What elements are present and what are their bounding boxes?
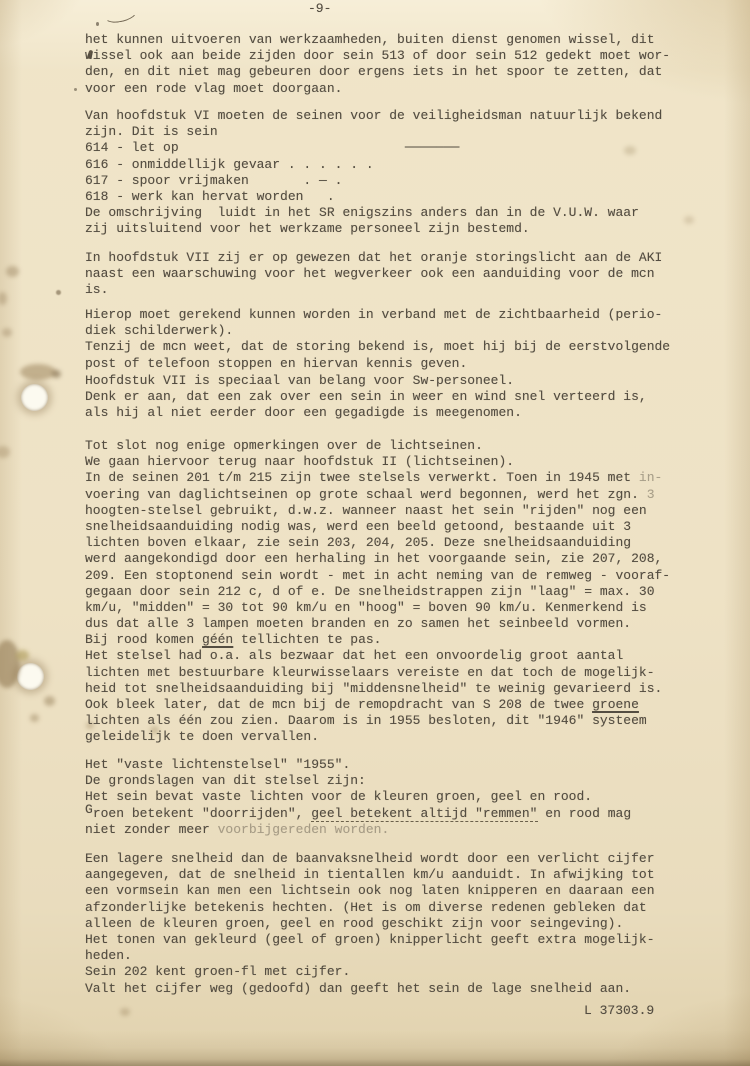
text-line: naast een waarschuwing voor het wegverke… [85,266,662,282]
paragraph-8: Een lagere snelheid dan de baanvaksnelhe… [85,851,655,997]
text-line: Bij rood komen géén tellichten te pas. [85,632,670,648]
stain [120,1008,130,1016]
text-line: werd aangekondigd door een herhaling in … [85,551,670,567]
text-line: Een lagere snelheid dan de baanvaksnelhe… [85,851,655,867]
text-line: De grondslagen van dit stelsel zijn: [85,773,631,789]
stain [684,216,694,224]
punch-hole-bottom [17,663,44,690]
text-line: heden. [85,948,655,964]
text-line: We gaan hiervoor terug naar hoofdstuk II… [85,454,670,470]
paragraph-7: Het "vaste lichtenstelsel" "1955".De gro… [85,757,631,838]
punch-hole-top [21,384,48,411]
stain [2,328,12,337]
text-line: geleidelijk te doen vervallen. [85,729,670,745]
text-line: afzonderlijke betekenis hechten. (Het is… [85,900,655,916]
text-line: den, en dit niet mag gebeuren door ergen… [85,64,670,80]
text-line: 617 - spoor vrijmaken . — . [85,173,662,189]
paragraph-6: Tot slot nog enige opmerkingen over de l… [85,438,670,746]
text-line: Van hoofdstuk VI moeten de seinen voor d… [85,108,662,124]
stain [16,650,29,661]
text-line: km/u, "midden" = 30 tot 90 km/u en "hoog… [85,600,670,616]
pen-mark [74,88,77,91]
page-number: -9- [308,1,331,16]
text-line: alleen de kleuren groen, geel en rood ge… [85,916,655,932]
paragraph-4: Hierop moet gerekend kunnen worden in ve… [85,307,670,372]
text-line: voering van daglichtseinen op grote scha… [85,487,670,503]
text-line: gegaan door sein 212 c, d of e. De snelh… [85,584,670,600]
text-line: voor een rode vlag moet doorgaan. [85,81,670,97]
text-line: diek schilderwerk). [85,323,670,339]
text-line: heid tot snelheidsaanduiding bij "midden… [85,681,670,697]
text-line: Hoofdstuk VII is speciaal van belang voo… [85,373,647,389]
text-line: zij uitsluitend voor het werkzame person… [85,221,662,237]
text-line: het kunnen uitvoeren van werkzaamheden, … [85,32,670,48]
text-line: lichten met bestuurbare kleurwisselaars … [85,665,670,681]
text-line: Het stelsel had o.a. als bezwaar dat het… [85,648,670,664]
text-line: Hierop moet gerekend kunnen worden in ve… [85,307,670,323]
text-line: Ook bleek later, dat de mcn bij de remop… [85,697,670,713]
paragraph-1: het kunnen uitvoeren van werkzaamheden, … [85,32,670,97]
text-line: Tot slot nog enige opmerkingen over de l… [85,438,670,454]
text-line: Tenzij de mcn weet, dat de storing beken… [85,339,670,355]
text-line: snelheidsaanduiding nodig was, werd een … [85,519,670,535]
text-line: zijn. Dit is sein [85,124,662,140]
stain [44,696,55,706]
stain [56,290,61,295]
text-line: niet zonder meer voorbijgereden worden. [85,822,631,838]
text-line: lichten boven elkaar, zie sein 203, 204,… [85,535,670,551]
text-line: 616 - onmiddellijk gevaar . . . . . . [85,157,662,173]
text-line: In de seinen 201 t/m 215 zijn twee stels… [85,470,670,486]
text-line: 618 - werk kan hervat worden . [85,189,662,205]
text-line: is. [85,282,662,298]
paragraph-5: Hoofdstuk VII is speciaal van belang voo… [85,373,647,422]
stain [0,446,10,458]
document-page: { "page": { "number": "-9-", "reference"… [0,0,750,1066]
pen-mark [96,22,99,26]
text-line: wissel ook aan beide zijden door sein 51… [85,48,670,64]
document-reference: L 37303.9 [584,1003,654,1018]
text-line: hoogten-stelsel gebruikt, d.w.z. wanneer… [85,503,670,519]
text-line: 209. Een stoptonend sein wordt - met in … [85,568,670,584]
text-line: dus dat alle 3 lampen moeten branden en … [85,616,670,632]
stain [6,266,19,277]
paragraph-2: Van hoofdstuk VI moeten de seinen voor d… [85,108,662,238]
pen-mark [102,0,140,24]
paragraph-3: In hoofdstuk VII zij er op gewezen dat h… [85,250,662,299]
text-line: Denk er aan, dat een zak over een sein i… [85,389,647,405]
text-line: lichten als één zou zien. Daarom is in 1… [85,713,670,729]
text-line: Valt het cijfer weg (gedoofd) dan geeft … [85,981,655,997]
text-line: Groen betekent "doorrijden", geel beteke… [85,806,631,822]
text-line: aangegeven, dat de snelheid in tientalle… [85,867,655,883]
text-line: als hij al niet eerder door een gegadigd… [85,405,647,421]
text-line: Het sein bevat vaste lichten voor de kle… [85,789,631,805]
text-line: post of telefoon stoppen en hiervan kenn… [85,356,670,372]
stain [0,292,7,305]
stain [30,714,39,722]
text-line: Het tonen van gekleurd (geel of groen) k… [85,932,655,948]
text-line: Sein 202 kent groen-fl met cijfer. [85,964,655,980]
text-line: 614 - let op ─────── [85,140,662,156]
text-line: In hoofdstuk VII zij er op gewezen dat h… [85,250,662,266]
stain [20,364,56,380]
stain [52,370,61,378]
text-line: De omschrijving luidt in het SR enigszin… [85,205,662,221]
text-line: een vormsein kan men een lichtsein ook n… [85,883,655,899]
text-line: Het "vaste lichtenstelsel" "1955". [85,757,631,773]
